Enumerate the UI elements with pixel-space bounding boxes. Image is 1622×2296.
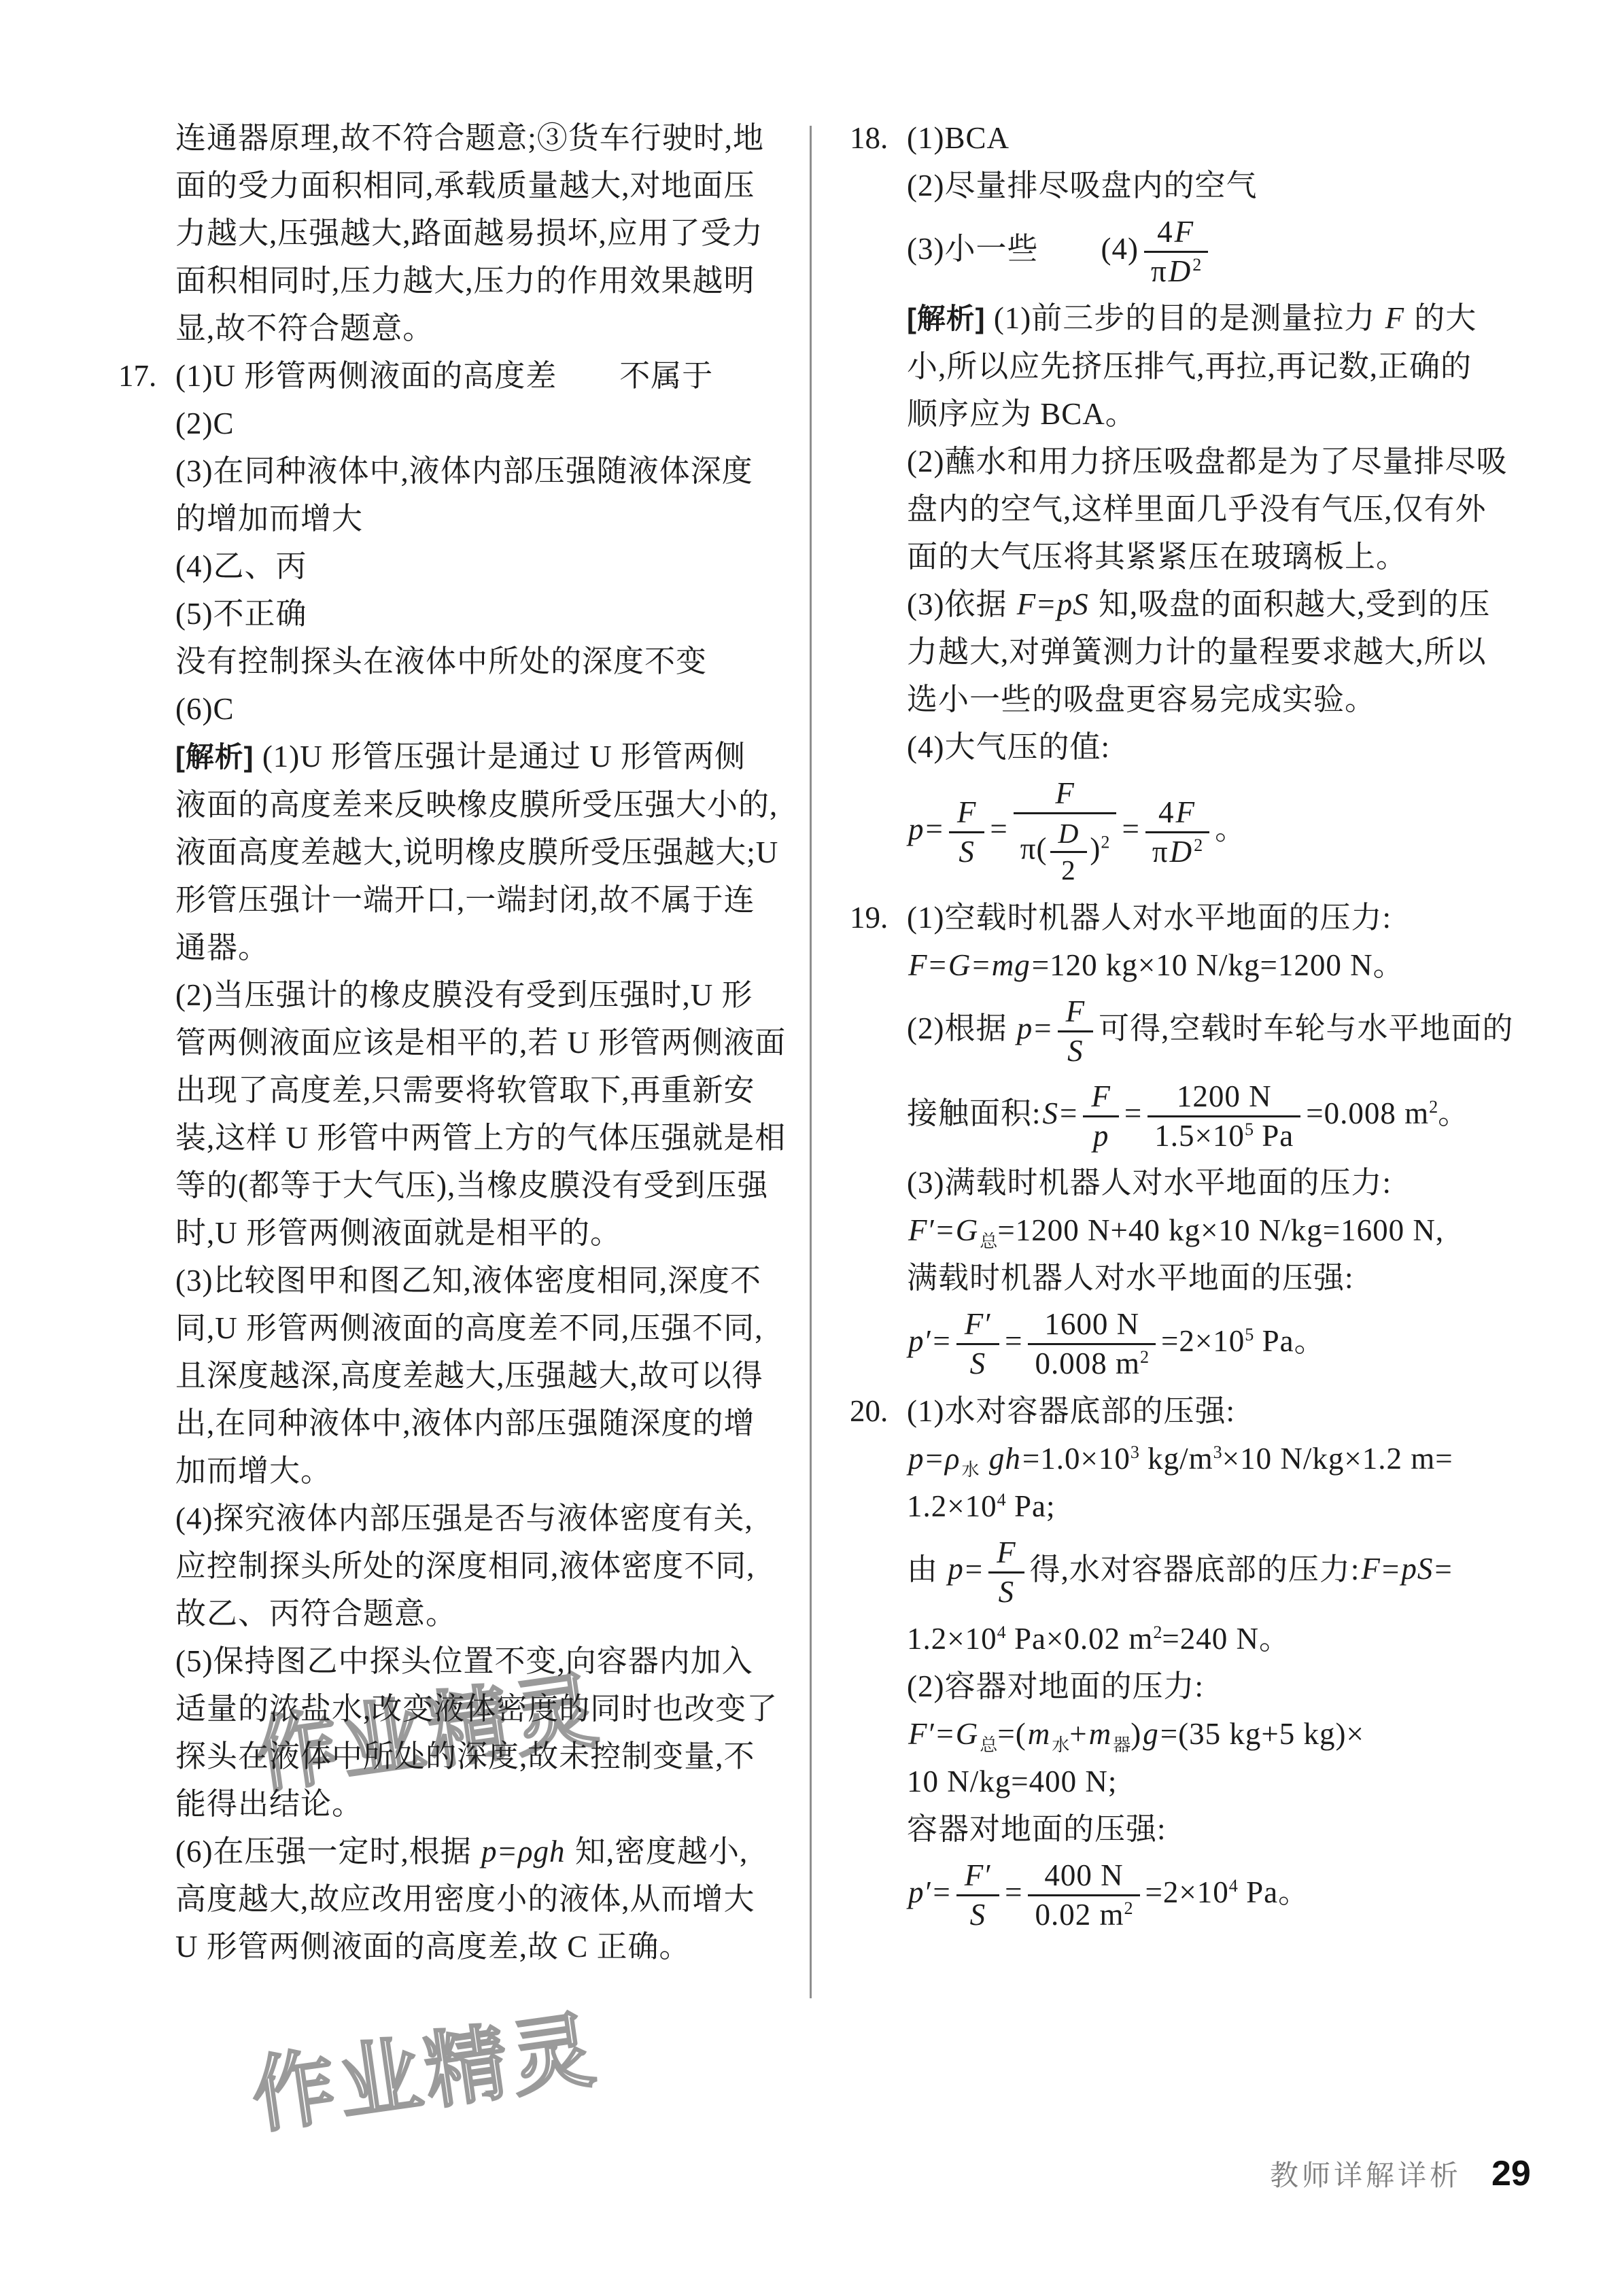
text-segment: 盘内的空气,这样里面几乎没有气压,仅有外 (907, 492, 1487, 526)
text-segment: =0.008 m (1306, 1096, 1429, 1130)
text-segment: = (965, 1552, 983, 1586)
variable: F (1174, 795, 1196, 829)
text-segment: 4 (1158, 795, 1175, 829)
variable: ρgh (517, 1834, 567, 1868)
text-line: [解析] (1)U 形管压强计是通过 U 形管两侧 (175, 733, 787, 781)
text-segment: (3)满载时机器人对水平地面的压力: (907, 1166, 1392, 1200)
subscript: 水 (1052, 1735, 1069, 1755)
fraction: 1200 N1.5×105 Pa (1148, 1078, 1300, 1155)
text-line: 没有控制探头在液体中所处的深度不变 (175, 638, 787, 685)
text-segment: 1.2×10 (907, 1622, 997, 1656)
text-segment: 高度越大,故应改用密度小的液体,从而增大 (175, 1882, 755, 1916)
text-line: 面的受力面积相同,承载质量越大,对地面压 (175, 162, 787, 209)
variable: ρ (944, 1442, 962, 1476)
text-segment: =2×10 (1161, 1324, 1245, 1358)
fraction: 4FπD2 (1145, 794, 1209, 871)
variable: F (1065, 994, 1087, 1028)
text-line: 的增加而增大 (175, 495, 787, 542)
text-segment: 适量的浓盐水,改变液体密度的同时也改变了 (175, 1692, 778, 1726)
text-line: 顺序应为 BCA。 (907, 390, 1532, 438)
variable: D (1057, 818, 1081, 849)
variable: m (1026, 1717, 1052, 1751)
superscript: 2 (1140, 1347, 1149, 1367)
text-segment: 出,在同种液体中,液体内部压强随深度的增 (175, 1406, 755, 1440)
text-segment: 0.008 m (1035, 1346, 1140, 1380)
text-segment: 同,U 形管两侧液面的高度差不同,压强不同, (175, 1311, 763, 1345)
text-segment: 可得,空载时车轮与水平地面的 (1099, 1011, 1513, 1045)
text-line: 面积相同时,压力越大,压力的作用效果越明 (175, 257, 787, 305)
text-line: 同,U 形管两侧液面的高度差不同,压强不同, (175, 1304, 787, 1352)
text-segment: (1)BCA (907, 121, 1010, 155)
text-segment: = (1005, 1875, 1022, 1909)
text-line: 液面的高度差来反映橡皮膜所受压强大小的, (175, 781, 787, 829)
fraction: 1600 N0.008 m2 (1028, 1306, 1156, 1382)
subscript: 总 (980, 1735, 997, 1755)
text-segment: = (1060, 1096, 1077, 1130)
text-segment: 面的受力面积相同,承载质量越大,对地面压 (175, 169, 755, 203)
text-line: 面的大气压将其紧紧压在玻璃板上。 (907, 533, 1532, 580)
text-segment: 满载时机器人对水平地面的压强: (907, 1261, 1354, 1295)
text-line: 1.2×104 Pa×0.02 m2=240 N。 (907, 1615, 1532, 1663)
text-segment: =( (997, 1717, 1026, 1751)
text-segment: ′= (929, 1213, 954, 1247)
superscript: 2 (1194, 835, 1203, 855)
text-line: 加而增大。 (175, 1447, 787, 1495)
text-segment: 4 (1157, 215, 1173, 249)
variable: p (907, 1442, 926, 1476)
text-segment: = (1037, 587, 1055, 621)
text-line: (4)探究液体内部压强是否与液体密度有关, (175, 1495, 787, 1542)
text-line: 选小一些的吸盘更容易完成实验。 (907, 676, 1532, 723)
question-number: 20. (850, 1387, 888, 1435)
text-segment: (2)当压强计的橡皮膜没有受到压强时,U 形 (175, 978, 753, 1012)
text-segment: 10 N/kg=400 N; (907, 1764, 1117, 1798)
text-segment: ) (1090, 832, 1101, 866)
text-segment: 连通器原理,故不符合题意;③货车行驶时,地 (175, 121, 764, 155)
text-segment: 应控制探头所处的深度相同,液体密度不同, (175, 1549, 755, 1583)
text-line: (3)满载时机器人对水平地面的压力: (907, 1159, 1532, 1206)
subscript: 水 (962, 1460, 980, 1480)
text-segment: Pa (1254, 1119, 1294, 1153)
left-text-column: 连通器原理,故不符合题意;③货车行驶时,地面的受力面积相同,承载质量越大,对地面… (175, 114, 787, 1970)
text-line: 形管压强计一端开口,一端封闭,故不属于连 (175, 876, 787, 924)
variable: p (480, 1834, 499, 1868)
text-line: (3)小一些 (4)4FπD2 (907, 209, 1532, 294)
variable: F (1090, 1079, 1112, 1113)
text-segment: 等的(都等于大气压),当橡皮膜没有受到压强 (175, 1168, 768, 1202)
text-segment: (6)C (175, 692, 235, 726)
analysis-marker: [解析] (907, 302, 986, 334)
text-segment: ×10 N/kg×1.2 m= (1222, 1442, 1453, 1476)
text-line: 19.(1)空载时机器人对水平地面的压力: (907, 894, 1532, 941)
text-line: 管两侧液面应该是相平的,若 U 形管两侧液面 (175, 1019, 787, 1066)
text-line: 10 N/kg=400 N; (907, 1758, 1532, 1805)
text-segment: 装,这样 U 形管中两管上方的气体压强就是相 (175, 1121, 786, 1155)
text-segment: =1.0×10 (1022, 1442, 1131, 1476)
variable: p (1016, 1011, 1035, 1045)
fraction: Fπ(D2)2 (1014, 775, 1117, 890)
text-segment: ′= (926, 1324, 951, 1358)
text-line: (2)当压强计的橡皮膜没有受到压强时,U 形 (175, 971, 787, 1019)
text-segment: = (926, 1442, 944, 1476)
text-segment: = (972, 948, 990, 982)
variable: gh (988, 1442, 1022, 1476)
subscript: 总 (980, 1232, 997, 1251)
text-segment: 。 (1215, 812, 1246, 846)
text-line: U 形管两侧液面的高度差,故 C 正确。 (175, 1923, 787, 1970)
text-segment: 知,吸盘的面积越大,受到的压 (1090, 587, 1491, 621)
text-segment: Pa。 (1254, 1324, 1325, 1358)
question-number: 17. (118, 352, 156, 400)
text-line: 18.(1)BCA (907, 114, 1532, 162)
text-segment: (2)根据 (907, 1011, 1016, 1045)
superscript: 4 (1229, 1876, 1238, 1896)
variable: F (1054, 776, 1076, 810)
text-line: 应控制探头所处的深度相同,液体密度不同, (175, 1542, 787, 1590)
question-number: 18. (850, 114, 888, 162)
text-segment: π( (1020, 832, 1048, 866)
text-segment: ′= (929, 1717, 954, 1751)
text-segment: 0.02 m (1035, 1898, 1124, 1932)
text-segment: ′ (985, 1307, 993, 1341)
text-line: p=ρ水 gh=1.0×103 kg/m3×10 N/kg×1.2 m= (907, 1435, 1532, 1482)
text-segment: = (1434, 1552, 1452, 1586)
text-line: 显,故不符合题意。 (175, 305, 787, 352)
fraction: FS (1058, 993, 1094, 1070)
text-segment: ′= (926, 1875, 951, 1909)
text-segment: 探头在液体中所处的深度,故未控制变量,不 (175, 1739, 755, 1773)
text-segment: 能得出结论。 (175, 1787, 363, 1821)
variable: F (995, 1535, 1018, 1569)
text-segment: (4)大气压的值: (907, 730, 1110, 764)
text-segment: U 形管两侧液面的高度差,故 C 正确。 (175, 1930, 691, 1964)
text-segment: =2×10 (1145, 1875, 1229, 1909)
text-segment: =240 N。 (1162, 1622, 1290, 1656)
text-line: 时,U 形管两侧液面就是相平的。 (175, 1209, 787, 1257)
variable: S (997, 1575, 1016, 1609)
variable: g (1141, 1717, 1160, 1751)
text-segment: 400 N (1044, 1858, 1123, 1892)
text-line: p=FS=Fπ(D2)2=4FπD2。 (907, 771, 1532, 894)
variable: m (1088, 1717, 1114, 1751)
text-segment: = (1005, 1324, 1022, 1358)
variable: S (1041, 1096, 1060, 1130)
text-segment: (3)在同种液体中,液体内部压强随液体深度 (175, 454, 753, 488)
fraction: D2 (1050, 816, 1088, 888)
text-line: 高度越大,故应改用密度小的液体,从而增大 (175, 1875, 787, 1923)
text-segment: 液面的高度差来反映橡皮膜所受压强大小的, (175, 788, 778, 822)
text-line: 容器对地面的压强: (907, 1805, 1532, 1853)
text-line: (2)容器对地面的压力: (907, 1663, 1532, 1710)
text-line: 接触面积:S=Fp=1200 N1.5×105 Pa=0.008 m2。 (907, 1074, 1532, 1159)
text-segment: ′ (985, 1858, 993, 1892)
variable: G (947, 948, 973, 982)
text-segment: (2)C (175, 406, 235, 440)
variable: F (1360, 1552, 1382, 1586)
text-segment: 形管压强计一端开口,一端封闭,故不属于连 (175, 883, 755, 917)
text-segment: (1)前三步的目的是测量拉力 (986, 301, 1384, 335)
text-segment: 知,密度越小, (566, 1834, 748, 1868)
text-segment: ) (1131, 1717, 1141, 1751)
text-segment: =120 kg×10 N/kg=1200 N。 (1032, 948, 1404, 982)
text-segment: 。 (1438, 1096, 1469, 1130)
right-text-column: 18.(1)BCA(2)尽量排尽吸盘内的空气(3)小一些 (4)4FπD2[解析… (907, 114, 1532, 1938)
text-segment: = (929, 948, 947, 982)
text-segment: = (1034, 1011, 1052, 1045)
variable: F (907, 1213, 929, 1247)
text-segment: 且深度越深,高度差越大,压强越大,故可以得 (175, 1359, 763, 1393)
fraction: FS (949, 794, 985, 871)
text-line: F′=G总=(m水+m器)g=(35 kg+5 kg)× (907, 1710, 1532, 1758)
watermark-bottom: 作业精灵 (243, 1983, 604, 2149)
text-segment: = (1124, 1096, 1142, 1130)
text-line: 小,所以应先挤压排气,再拉,再记数,正确的 (907, 343, 1532, 390)
text-segment: + (1069, 1717, 1087, 1751)
text-segment: = (498, 1834, 516, 1868)
fraction: 4FπD2 (1144, 213, 1208, 290)
text-segment: (5)不正确 (175, 597, 307, 631)
variable: D (1167, 254, 1193, 288)
variable: mg (990, 948, 1032, 982)
superscript: 2 (1153, 1622, 1162, 1642)
text-segment: 小,所以应先挤压排气,再拉,再记数,正确的 (907, 349, 1472, 383)
text-segment: 顺序应为 BCA。 (907, 397, 1137, 431)
text-line: 20.(1)水对容器底部的压强: (907, 1387, 1532, 1435)
text-segment: 的大 (1406, 301, 1477, 335)
text-line: 出现了高度差,只需要将软管取下,再重新安 (175, 1066, 787, 1114)
text-line: 液面高度差越大,说明橡皮膜所受压强越大;U (175, 829, 787, 876)
text-segment: 出现了高度差,只需要将软管取下,再重新安 (175, 1073, 755, 1107)
superscript: 2 (1124, 1898, 1133, 1918)
question-number: 19. (850, 894, 888, 941)
text-segment: = (926, 812, 944, 846)
superscript: 2 (1192, 255, 1201, 275)
text-line: (4)乙、丙 (175, 542, 787, 590)
variable: p (907, 1875, 926, 1909)
text-segment: 时,U 形管两侧液面就是相平的。 (175, 1216, 621, 1250)
text-segment: 1200 N (1177, 1079, 1272, 1113)
text-segment: 1.2×10 (907, 1489, 997, 1523)
text-segment: (6)在压强一定时,根据 (175, 1834, 480, 1868)
superscript: 5 (1245, 1325, 1254, 1344)
text-segment: π (1152, 835, 1169, 869)
column-divider (810, 126, 812, 1998)
text-segment: (4)乙、丙 (175, 549, 307, 583)
variable: F (1016, 587, 1038, 621)
text-line: (2)尽量排尽吸盘内的空气 (907, 162, 1532, 209)
text-line: 通器。 (175, 924, 787, 971)
variable: F (956, 795, 978, 829)
text-segment: 得,水对容器底部的压力: (1030, 1552, 1360, 1586)
text-line: (4)大气压的值: (907, 723, 1532, 771)
text-segment: 面的大气压将其紧紧压在玻璃板上。 (907, 540, 1407, 574)
text-segment: Pa。 (1238, 1875, 1309, 1909)
text-line: 故乙、丙符合题意。 (175, 1590, 787, 1637)
text-line: 力越大,对弹簧测力计的量程要求越大,所以 (907, 628, 1532, 676)
text-segment: 1.5×10 (1154, 1119, 1245, 1153)
text-segment: 力越大,对弹簧测力计的量程要求越大,所以 (907, 635, 1487, 669)
variable: pS (1400, 1552, 1434, 1586)
variable: S (969, 1898, 988, 1932)
text-segment: (1)水对容器底部的压强: (907, 1394, 1235, 1428)
variable: S (1066, 1034, 1085, 1068)
text-line: 能得出结论。 (175, 1780, 787, 1828)
text-line: [解析] (1)前三步的目的是测量拉力 F 的大 (907, 294, 1532, 343)
text-segment: 力越大,压强越大,路面越易损坏,应用了受力 (175, 216, 763, 250)
variable: F (963, 1307, 986, 1341)
text-line: 17.(1)U 形管两侧液面的高度差 不属于 (175, 352, 787, 400)
fraction: F′S (956, 1306, 999, 1382)
fraction: F′S (956, 1857, 999, 1934)
text-segment: = (1382, 1552, 1400, 1586)
text-segment: 的增加而增大 (175, 502, 363, 536)
variable: p (1092, 1119, 1111, 1153)
text-line: 装,这样 U 形管中两管上方的气体压强就是相 (175, 1114, 787, 1162)
text-line: (3)比较图甲和图乙知,液体密度相同,深度不 (175, 1257, 787, 1304)
text-segment: = (1122, 812, 1139, 846)
page-number: 29 (1491, 2153, 1531, 2194)
superscript: 2 (1429, 1097, 1438, 1117)
text-segment: (3)依据 (907, 587, 1016, 621)
text-line: 满载时机器人对水平地面的压强: (907, 1254, 1532, 1302)
text-segment: 通器。 (175, 930, 269, 964)
superscript: 4 (997, 1622, 1006, 1642)
variable: D (1169, 835, 1194, 869)
text-segment: 加而增大。 (175, 1454, 332, 1488)
text-line: p′=F′S=400 N0.02 m2=2×104 Pa。 (907, 1853, 1532, 1938)
text-segment: (2)容器对地面的压力: (907, 1669, 1204, 1703)
text-line: (2)蘸水和用力挤压吸盘都是为了尽量排尽吸 (907, 438, 1532, 485)
superscript: 3 (1131, 1442, 1139, 1462)
text-segment: (2)尽量排尽吸盘内的空气 (907, 169, 1257, 203)
text-line: (2)根据 p=FS可得,空载时车轮与水平地面的 (907, 989, 1532, 1074)
text-line: 适量的浓盐水,改变液体密度的同时也改变了 (175, 1685, 787, 1733)
text-line: (5)保持图乙中探头位置不变,向容器内加入 (175, 1637, 787, 1685)
variable: F (907, 948, 929, 982)
text-line: 力越大,压强越大,路面越易损坏,应用了受力 (175, 209, 787, 257)
text-segment: 管两侧液面应该是相平的,若 U 形管两侧液面 (175, 1026, 786, 1060)
text-segment: (3)比较图甲和图乙知,液体密度相同,深度不 (175, 1264, 761, 1298)
text-segment: (4)探究液体内部压强是否与液体密度有关, (175, 1501, 753, 1535)
text-line: 连通器原理,故不符合题意;③货车行驶时,地 (175, 114, 787, 162)
text-line: 且深度越深,高度差越大,压强越大,故可以得 (175, 1352, 787, 1399)
text-segment: =(35 kg+5 kg)× (1160, 1717, 1364, 1751)
text-segment: 由 (907, 1552, 946, 1586)
variable: pS (1056, 587, 1090, 621)
text-line: (2)C (175, 400, 787, 447)
variable: p (907, 1324, 926, 1358)
text-segment: (1)空载时机器人对水平地面的压力: (907, 901, 1392, 935)
text-line: F′=G总=1200 N+40 kg×10 N/kg=1600 N, (907, 1206, 1532, 1254)
text-segment: 选小一些的吸盘更容易完成实验。 (907, 682, 1376, 716)
text-segment: (3)小一些 (4) (907, 232, 1139, 266)
variable: F (1173, 215, 1196, 249)
text-line: (6)在压强一定时,根据 p=ρgh 知,密度越小, (175, 1828, 787, 1875)
text-segment: (1)U 形管两侧液面的高度差 不属于 (175, 359, 713, 393)
text-segment: = (990, 812, 1007, 846)
text-line: (3)在同种液体中,液体内部压强随液体深度 (175, 447, 787, 495)
text-segment: (1)U 形管压强计是通过 U 形管两侧 (254, 740, 746, 773)
text-line: (3)依据 F=pS 知,吸盘的面积越大,受到的压 (907, 580, 1532, 628)
answer-key-page: 作业精灵 作业精灵 连通器原理,故不符合题意;③货车行驶时,地面的受力面积相同,… (0, 0, 1622, 2296)
fraction: Fp (1083, 1078, 1119, 1155)
fraction: FS (988, 1534, 1024, 1611)
text-line: (6)C (175, 685, 787, 733)
text-segment: 面积相同时,压力越大,压力的作用效果越明 (175, 264, 755, 298)
variable: G (954, 1213, 980, 1247)
superscript: 2 (1101, 833, 1109, 852)
superscript: 3 (1213, 1442, 1222, 1462)
variable: F (907, 1717, 929, 1751)
text-segment: 接触面积: (907, 1096, 1041, 1130)
footer-title: 教师详解详析 (1270, 2153, 1462, 2194)
text-segment: 显,故不符合题意。 (175, 311, 434, 345)
text-line: 1.2×104 Pa; (907, 1482, 1532, 1530)
text-segment: 容器对地面的压强: (907, 1812, 1167, 1846)
text-line: 探头在液体中所处的深度,故未控制变量,不 (175, 1733, 787, 1780)
text-segment (980, 1442, 988, 1476)
variable: S (969, 1346, 988, 1380)
text-segment: 1600 N (1044, 1307, 1139, 1341)
text-line: 出,在同种液体中,液体内部压强随深度的增 (175, 1399, 787, 1447)
superscript: 5 (1245, 1119, 1254, 1139)
text-line: F=G=mg=120 kg×10 N/kg=1200 N。 (907, 941, 1532, 989)
page-footer: 教师详解详析 29 (1270, 2153, 1531, 2194)
text-segment: kg/m (1139, 1442, 1213, 1476)
text-segment: 液面高度差越大,说明橡皮膜所受压强越大;U (175, 835, 778, 869)
subscript: 器 (1113, 1735, 1131, 1755)
variable: S (957, 835, 976, 869)
variable: p (946, 1552, 965, 1586)
fraction: 400 N0.02 m2 (1028, 1857, 1139, 1934)
variable: F (963, 1858, 986, 1892)
text-segment: π (1151, 254, 1167, 288)
variable: F (1384, 301, 1407, 335)
text-segment: Pa×0.02 m (1006, 1622, 1154, 1656)
text-line: p′=F′S=1600 N0.008 m2=2×105 Pa。 (907, 1302, 1532, 1387)
text-segment: 2 (1061, 854, 1076, 886)
text-segment: (2)蘸水和用力挤压吸盘都是为了尽量排尽吸 (907, 445, 1507, 479)
text-segment: 故乙、丙符合题意。 (175, 1597, 457, 1631)
text-segment: (5)保持图乙中探头位置不变,向容器内加入 (175, 1644, 753, 1678)
superscript: 4 (997, 1490, 1006, 1510)
variable: p (907, 812, 926, 846)
text-line: (5)不正确 (175, 590, 787, 638)
text-line: 等的(都等于大气压),当橡皮膜没有受到压强 (175, 1162, 787, 1209)
text-line: 由 p=FS得,水对容器底部的压力:F=pS= (907, 1530, 1532, 1615)
analysis-marker: [解析] (175, 741, 254, 773)
text-segment: 没有控制探头在液体中所处的深度不变 (175, 644, 707, 678)
text-line: 盘内的空气,这样里面几乎没有气压,仅有外 (907, 485, 1532, 533)
text-segment: =1200 N+40 kg×10 N/kg=1600 N, (997, 1213, 1444, 1247)
text-segment: Pa; (1006, 1489, 1056, 1523)
variable: G (954, 1717, 980, 1751)
